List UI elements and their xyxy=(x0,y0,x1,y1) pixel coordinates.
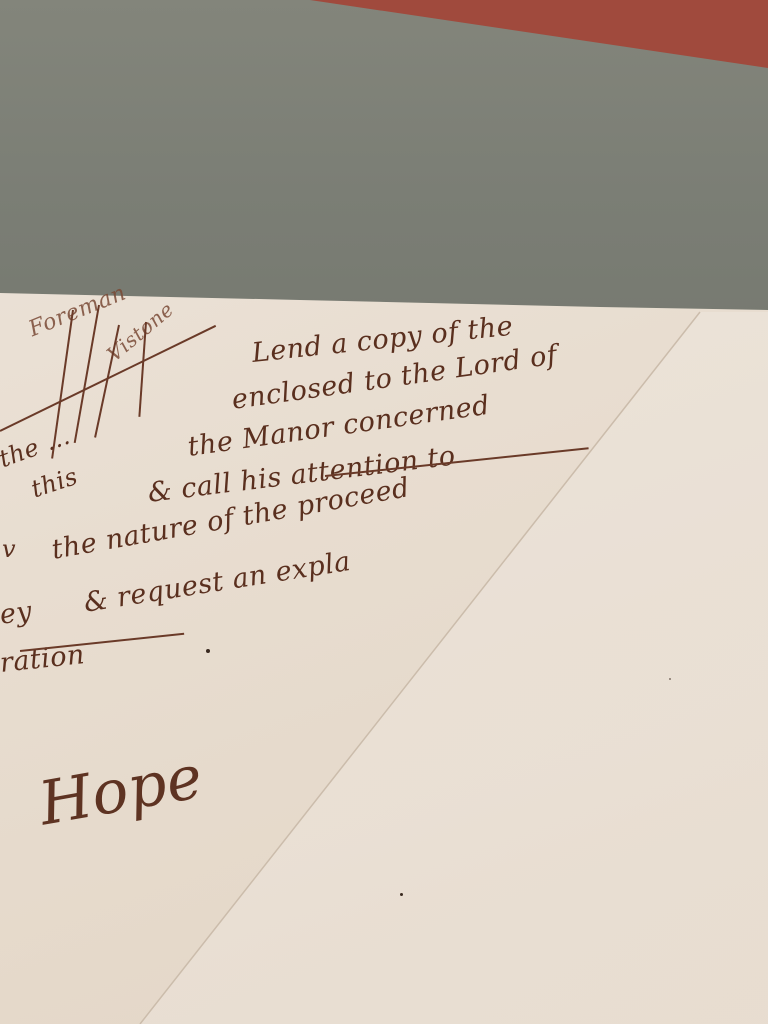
margin-fragment: ey xyxy=(0,596,34,631)
ink-dot xyxy=(206,649,210,653)
paper-speck xyxy=(669,678,671,680)
margin-fragment: v xyxy=(2,535,16,563)
paper-speck xyxy=(400,893,403,896)
